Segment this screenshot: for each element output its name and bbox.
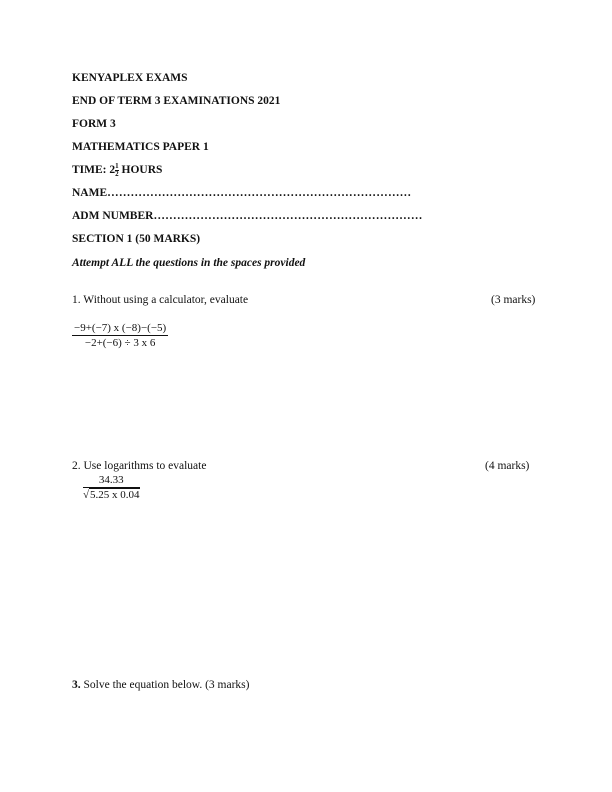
question-1-expression: −9+(−7) x (−8)−(−5) −2+(−6) ÷ 3 x 6 — [72, 322, 168, 349]
time-prefix: TIME: 2 — [72, 164, 115, 176]
question-3-number: 3. — [72, 679, 81, 691]
name-field[interactable]: NAME…………………………………………………………………… — [72, 187, 411, 199]
question-2-marks: (4 marks) — [485, 460, 529, 472]
question-1-prompt: Without using a calculator, evaluate — [83, 294, 248, 306]
question-1-marks: (3 marks) — [491, 294, 535, 306]
question-2-numerator: 34.33 — [83, 474, 140, 488]
question-2-expression: 34.33 √5.25 x 0.04 — [83, 474, 140, 501]
question-2-radicand: 5.25 x 0.04 — [89, 488, 140, 501]
time-label: TIME: 212 HOURS — [72, 163, 162, 178]
question-2-number: 2. — [72, 460, 81, 472]
name-label: NAME — [72, 187, 107, 199]
question-1-text: 1. Without using a calculator, evaluate — [72, 294, 248, 306]
question-1-numerator: −9+(−7) x (−8)−(−5) — [72, 322, 168, 336]
exam-title: END OF TERM 3 EXAMINATIONS 2021 — [72, 95, 280, 107]
question-1-number: 1. — [72, 294, 81, 306]
name-dots: …………………………………………………………………… — [107, 187, 411, 199]
org-name: KENYAPLEX EXAMS — [72, 72, 188, 84]
time-unit: HOURS — [119, 164, 163, 176]
question-2-denominator: √5.25 x 0.04 — [83, 488, 140, 501]
section-title: SECTION 1 (50 MARKS) — [72, 233, 200, 245]
question-3-text: 3. Solve the equation below. (3 marks) — [72, 679, 249, 691]
adm-number-field[interactable]: ADM NUMBER…………………………………………………………… — [72, 210, 423, 222]
question-2-text: 2. Use logarithms to evaluate — [72, 460, 206, 472]
form-label: FORM 3 — [72, 118, 116, 130]
instructions: Attempt ALL the questions in the spaces … — [72, 257, 305, 269]
adm-label: ADM NUMBER — [72, 210, 153, 222]
paper-title: MATHEMATICS PAPER 1 — [72, 141, 209, 153]
adm-dots: …………………………………………………………… — [153, 210, 422, 222]
question-3-prompt: Solve the equation below. (3 marks) — [84, 679, 250, 691]
question-1-denominator: −2+(−6) ÷ 3 x 6 — [72, 336, 168, 349]
question-2-prompt: Use logarithms to evaluate — [84, 460, 207, 472]
